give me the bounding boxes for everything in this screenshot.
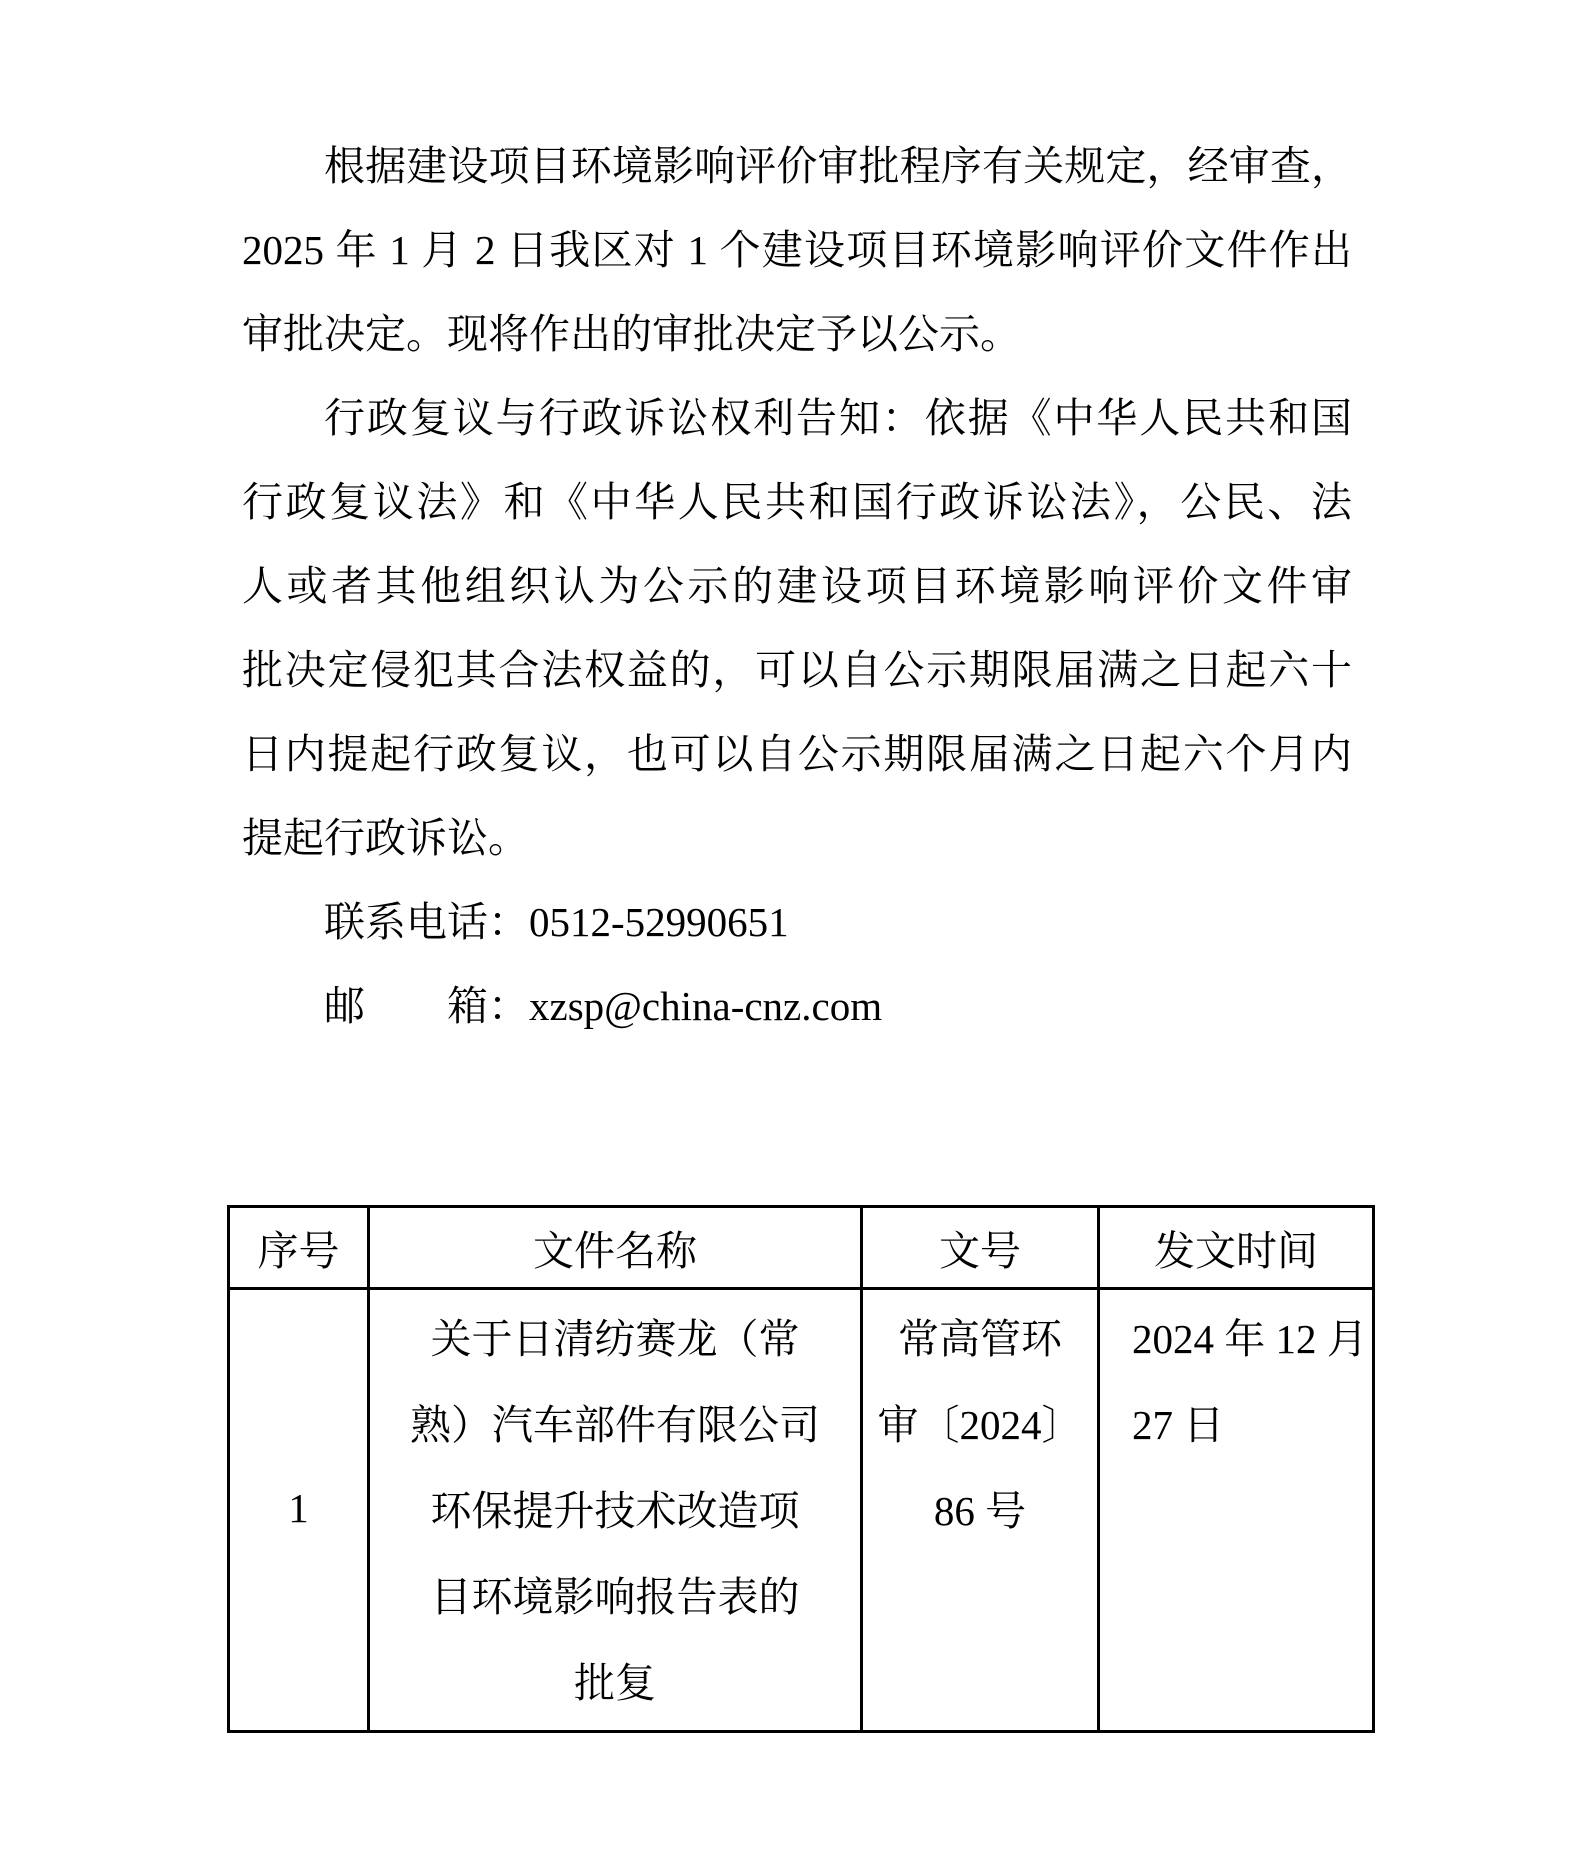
text-line: 根据建设项目环境影响评价审批程序有关规定，经审查， [242, 124, 1352, 208]
header-document-number: 文号 [862, 1207, 1099, 1289]
text-line: 提起行政诉讼。 [242, 796, 1352, 880]
cell-line: 环保提升技术改造项 [370, 1468, 860, 1554]
cell-document-name: 关于日清纺赛龙（常熟）汽车部件有限公司环保提升技术改造项目环境影响报告表的批复 [369, 1289, 862, 1732]
cell-line: 批复 [370, 1640, 860, 1726]
text-line: 行政复议法》和《中华人民共和国行政诉讼法》，公民、法 [242, 460, 1352, 544]
cell-document-number: 常高管环审〔2024〕86 号 [862, 1289, 1099, 1732]
cell-line: 86 号 [863, 1468, 1097, 1554]
cell-line: 27 日 [1132, 1382, 1372, 1468]
cell-line: 目环境影响报告表的 [370, 1554, 860, 1640]
document-page: 根据建设项目环境影响评价审批程序有关规定，经审查，2025 年 1 月 2 日我… [0, 0, 1587, 1869]
cell-line: 熟）汽车部件有限公司 [370, 1382, 860, 1468]
table-header-row: 序号 文件名称 文号 发文时间 [229, 1207, 1374, 1289]
cell-line: 审〔2024〕 [863, 1382, 1097, 1468]
announcement-body: 根据建设项目环境影响评价审批程序有关规定，经审查，2025 年 1 月 2 日我… [242, 124, 1352, 1048]
text-line: 批决定侵犯其合法权益的，可以自公示期限届满之日起六十 [242, 628, 1352, 712]
text-line: 行政复议与行政诉讼权利告知：依据《中华人民共和国 [242, 376, 1352, 460]
table-row: 1关于日清纺赛龙（常熟）汽车部件有限公司环保提升技术改造项目环境影响报告表的批复… [229, 1289, 1374, 1732]
header-document-name: 文件名称 [369, 1207, 862, 1289]
header-serial-number: 序号 [229, 1207, 369, 1289]
text-line: 日内提起行政复议，也可以自公示期限届满之日起六个月内 [242, 712, 1352, 796]
text-line: 人或者其他组织认为公示的建设项目环境影响评价文件审 [242, 544, 1352, 628]
text-line: 2025 年 1 月 2 日我区对 1 个建设项目环境影响评价文件作出 [242, 208, 1352, 292]
cell-serial-number: 1 [229, 1289, 369, 1732]
cell-issue-date: 2024 年 12 月27 日 [1099, 1289, 1374, 1732]
text-line: 邮 箱：xzsp@china-cnz.com [242, 964, 1352, 1048]
text-line: 审批决定。现将作出的审批决定予以公示。 [242, 292, 1352, 376]
approval-table: 序号 文件名称 文号 发文时间 1关于日清纺赛龙（常熟）汽车部件有限公司环保提升… [227, 1205, 1375, 1733]
header-issue-date: 发文时间 [1099, 1207, 1374, 1289]
cell-line: 2024 年 12 月 [1132, 1296, 1372, 1382]
text-line: 联系电话：0512-52990651 [242, 880, 1352, 964]
cell-line: 关于日清纺赛龙（常 [370, 1296, 860, 1382]
cell-line: 常高管环 [863, 1296, 1097, 1382]
